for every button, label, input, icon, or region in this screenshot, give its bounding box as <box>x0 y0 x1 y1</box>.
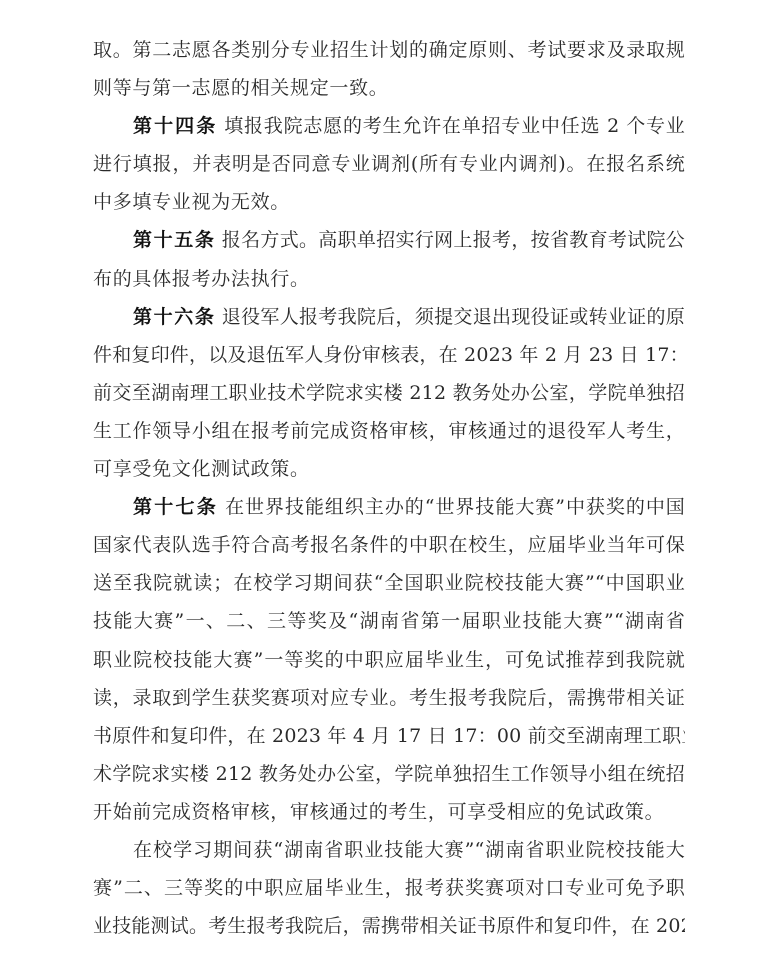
text-line: 第十七条 在世界技能组织主办的“世界技能大赛”中获奖的中国 <box>93 488 685 526</box>
text-line: 书原件和复印件，在 2023 年 4 月 17 日 17：00 前交至湖南理工职… <box>93 717 685 755</box>
article-17: 第十七条 在世界技能组织主办的“世界技能大赛”中获奖的中国 国家代表队选手符合高… <box>93 488 685 831</box>
text-line: 件和复印件，以及退伍军人身份审核表，在 2023 年 2 月 23 日 17：0… <box>93 336 685 374</box>
document-page: 取。第二志愿各类别分专业招生计划的确定原则、考试要求及录取规 则等与第一志愿的相… <box>93 31 685 945</box>
text-line: 中多填专业视为无效。 <box>93 183 685 221</box>
article-heading: 第十五条 <box>133 229 215 251</box>
text-line: 则等与第一志愿的相关规定一致。 <box>93 69 685 107</box>
article-16: 第十六条 退役军人报考我院后，须提交退出现役证或转业证的原 件和复印件，以及退伍… <box>93 298 685 488</box>
paragraph-continuation: 取。第二志愿各类别分专业招生计划的确定原则、考试要求及录取规 则等与第一志愿的相… <box>93 31 685 107</box>
text-line: 第十五条 报名方式。高职单招实行网上报考，按省教育考试院公 <box>93 221 685 259</box>
text-line: 进行填报，并表明是否同意专业调剂(所有专业内调剂)。在报名系统 <box>93 145 685 183</box>
article-text: 报名方式。高职单招实行网上报考，按省教育考试院公 <box>222 229 685 251</box>
text-line: 业技能测试。考生报考我院后，需携带相关证书原件和复印件，在 2023 <box>93 907 685 945</box>
article-heading: 第十七条 <box>133 496 218 518</box>
text-line: 送至我院就读；在校学习期间获“全国职业院校技能大赛”“中国职业 <box>93 564 685 602</box>
article-17-paragraph-2: 在校学习期间获“湖南省职业技能大赛”“湖南省职业院校技能大 赛”二、三等奖的中职… <box>93 831 685 945</box>
text-line: 在校学习期间获“湖南省职业技能大赛”“湖南省职业院校技能大 <box>93 831 685 869</box>
text-line: 术学院求实楼 212 教务处办公室，学院单独招生工作领导小组在统招 <box>93 755 685 793</box>
text-line: 技能大赛”一、二、三等奖及“湖南省第一届职业技能大赛”“湖南省 <box>93 602 685 640</box>
article-heading: 第十四条 <box>133 115 217 137</box>
article-14: 第十四条 填报我院志愿的考生允许在单招专业中任选 2 个专业 进行填报，并表明是… <box>93 107 685 221</box>
text-line: 国家代表队选手符合高考报名条件的中职在校生，应届毕业当年可保 <box>93 526 685 564</box>
text-line: 可享受免文化测试政策。 <box>93 450 685 488</box>
article-text: 在世界技能组织主办的“世界技能大赛”中获奖的中国 <box>225 496 685 518</box>
article-text: 退役军人报考我院后，须提交退出现役证或转业证的原 <box>222 306 685 328</box>
text-line: 第十四条 填报我院志愿的考生允许在单招专业中任选 2 个专业 <box>93 107 685 145</box>
text-line: 第十六条 退役军人报考我院后，须提交退出现役证或转业证的原 <box>93 298 685 336</box>
text-line: 前交至湖南理工职业技术学院求实楼 212 教务处办公室，学院单独招 <box>93 374 685 412</box>
text-line: 生工作领导小组在报考前完成资格审核，审核通过的退役军人考生， <box>93 412 685 450</box>
text-line: 赛”二、三等奖的中职应届毕业生，报考获奖赛项对口专业可免予职 <box>93 869 685 907</box>
article-text: 填报我院志愿的考生允许在单招专业中任选 2 个专业 <box>224 115 685 137</box>
text-line: 开始前完成资格审核，审核通过的考生，可享受相应的免试政策。 <box>93 793 685 831</box>
article-heading: 第十六条 <box>133 306 215 328</box>
text-line: 职业院校技能大赛”一等奖的中职应届毕业生，可免试推荐到我院就 <box>93 641 685 679</box>
text-line: 读，录取到学生获奖赛项对应专业。考生报考我院后，需携带相关证 <box>93 679 685 717</box>
text-line: 取。第二志愿各类别分专业招生计划的确定原则、考试要求及录取规 <box>93 31 685 69</box>
article-15: 第十五条 报名方式。高职单招实行网上报考，按省教育考试院公 布的具体报考办法执行… <box>93 221 685 297</box>
text-line: 布的具体报考办法执行。 <box>93 260 685 298</box>
